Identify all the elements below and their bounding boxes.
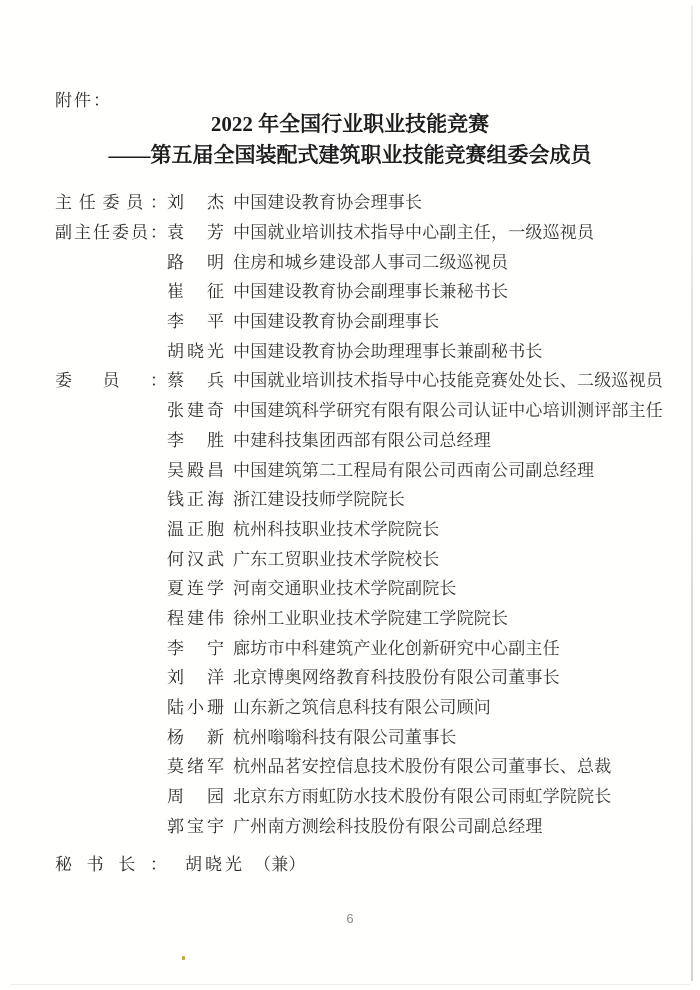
member-name: 胡晓光: [167, 337, 224, 362]
roster-row: 李胜 中建科技集团西部有限公司总经理: [55, 424, 670, 454]
roster-row: 路明 住房和城乡建设部人事司二级巡视员: [55, 245, 670, 275]
member-name: 陆小珊: [167, 693, 224, 718]
member-name: 李平: [167, 307, 224, 332]
role-label: 委员：: [55, 366, 167, 391]
member-title: 住房和城乡建设部人事司二级巡视员: [233, 248, 508, 273]
scan-edge-right: [691, 6, 693, 981]
roster-row: 陆小珊 山东新之筑信息科技有限公司顾问: [55, 691, 670, 721]
member-name: 刘杰: [167, 188, 224, 213]
member-title: 廊坊市中科建筑产业化创新研究中心副主任: [233, 634, 560, 659]
member-name: 温正胞: [167, 515, 224, 540]
member-title: 广州南方测绘科技股份有限公司副总经理: [233, 812, 543, 837]
roster-row: 吴殿昌 中国建筑第二工程局有限公司西南公司副总经理: [55, 453, 670, 483]
member-title: 北京博奥网络教育科技股份有限公司董事长: [233, 663, 560, 688]
roster-row: 副主任委员： 袁芳 中国就业培训技术指导中心副主任，一级巡视员: [55, 216, 670, 246]
attachment-label: 附件：: [55, 86, 112, 111]
roster-row: 崔征 中国建设教育协会副理事长兼秘书长: [55, 275, 670, 305]
member-name: 程建伟: [167, 604, 224, 629]
member-name: 路明: [167, 248, 224, 273]
roster-row: 夏连学 河南交通职业技术学院副院长: [55, 572, 670, 602]
role-label: 副主任委员：: [55, 218, 167, 243]
member-name: 周园: [167, 782, 224, 807]
member-name: 吴殿昌: [167, 456, 224, 481]
member-name: 袁芳: [167, 218, 224, 243]
member-name: 何汉武: [167, 545, 224, 570]
roster-row: 委员： 蔡兵 中国就业培训技术指导中心技能竞赛处处长、二级巡视员: [55, 364, 670, 394]
member-title: 中建科技集团西部有限公司总经理: [233, 426, 491, 451]
member-name: 李宁: [167, 634, 224, 659]
document-title-block: 2022 年全国行业职业技能竞赛 ——第五届全国装配式建筑职业技能竞赛组委会成员: [0, 109, 700, 171]
member-title: 中国就业培训技术指导中心技能竞赛处处长、二级巡视员: [233, 366, 663, 391]
member-title: 杭州嗡嗡科技有限公司董事长: [233, 723, 457, 748]
member-title: 广东工贸职业技术学院校长: [233, 545, 439, 570]
roster-row: 温正胞 杭州科技职业技术学院院长: [55, 513, 670, 543]
document-title-line1: 2022 年全国行业职业技能竞赛: [0, 109, 700, 140]
member-title: 中国建设教育协会理事长: [233, 188, 422, 213]
member-name: 夏连学: [167, 574, 224, 599]
member-title: 杭州科技职业技术学院院长: [233, 515, 439, 540]
member-name: 张建奇: [167, 396, 224, 421]
member-title: 河南交通职业技术学院副院长: [233, 574, 457, 599]
member-name: 蔡兵: [167, 366, 224, 391]
member-name: 郭宝宇: [167, 812, 224, 837]
roster-row: 何汉武 广东工贸职业技术学院校长: [55, 542, 670, 572]
member-name: 杨新: [167, 723, 224, 748]
member-title: 中国建设教育协会助理理事长兼副秘书长: [233, 337, 543, 362]
secretary-row: 秘书长：胡晓光（兼）: [55, 848, 670, 878]
member-name: 崔征: [167, 277, 224, 302]
roster-row: 钱正海 浙江建设技师学院院长: [55, 483, 670, 513]
member-title: 中国就业培训技术指导中心副主任，一级巡视员: [233, 218, 594, 243]
scan-artifact-dot: [182, 956, 185, 960]
member-title: 中国建筑科学研究有限有限公司认证中心培训测评部主任: [233, 396, 663, 421]
member-name: 莫绪军: [167, 752, 224, 777]
member-title: 北京东方雨虹防水技术股份有限公司雨虹学院院长: [233, 782, 611, 807]
member-name: 李胜: [167, 426, 224, 451]
scan-edge-bottom: [10, 984, 690, 985]
role-label: 主任委员：: [55, 188, 167, 213]
roster-row: 李宁 廊坊市中科建筑产业化创新研究中心副主任: [55, 631, 670, 661]
roster: 主任委员： 刘杰 中国建设教育协会理事长 副主任委员： 袁芳 中国就业培训技术指…: [55, 186, 670, 878]
role-label: 秘书长：: [55, 850, 167, 875]
roster-row: 刘洋 北京博奥网络教育科技股份有限公司董事长: [55, 661, 670, 691]
page-number: 6: [0, 911, 700, 926]
member-name: 胡晓光: [185, 850, 242, 875]
roster-row: 莫绪军 杭州品茗安控信息技术股份有限公司董事长、总裁: [55, 750, 670, 780]
member-title: 浙江建设技师学院院长: [233, 485, 405, 510]
member-name: 刘洋: [167, 663, 224, 688]
member-title: 杭州品茗安控信息技术股份有限公司董事长、总裁: [233, 752, 611, 777]
member-title: 山东新之筑信息科技有限公司顾问: [233, 693, 491, 718]
roster-row: 主任委员： 刘杰 中国建设教育协会理事长: [55, 186, 670, 216]
roster-row: 张建奇 中国建筑科学研究有限有限公司认证中心培训测评部主任: [55, 394, 670, 424]
roster-row: 程建伟 徐州工业职业技术学院建工学院院长: [55, 602, 670, 632]
secretary-note: （兼）: [254, 850, 306, 875]
member-title: 中国建筑第二工程局有限公司西南公司副总经理: [233, 456, 594, 481]
roster-row: 杨新 杭州嗡嗡科技有限公司董事长: [55, 720, 670, 750]
member-title: 中国建设教育协会副理事长兼秘书长: [233, 277, 508, 302]
roster-row: 郭宝宇 广州南方测绘科技股份有限公司副总经理: [55, 809, 670, 839]
roster-row: 胡晓光 中国建设教育协会助理理事长兼副秘书长: [55, 334, 670, 364]
member-title: 徐州工业职业技术学院建工学院院长: [233, 604, 508, 629]
scanned-document-page: 附件： 2022 年全国行业职业技能竞赛 ——第五届全国装配式建筑职业技能竞赛组…: [0, 0, 700, 990]
roster-row: 周园 北京东方雨虹防水技术股份有限公司雨虹学院院长: [55, 780, 670, 810]
document-title-line2: ——第五届全国装配式建筑职业技能竞赛组委会成员: [0, 140, 700, 171]
member-name: 钱正海: [167, 485, 224, 510]
roster-row: 李平 中国建设教育协会副理事长: [55, 305, 670, 335]
member-title: 中国建设教育协会副理事长: [233, 307, 439, 332]
